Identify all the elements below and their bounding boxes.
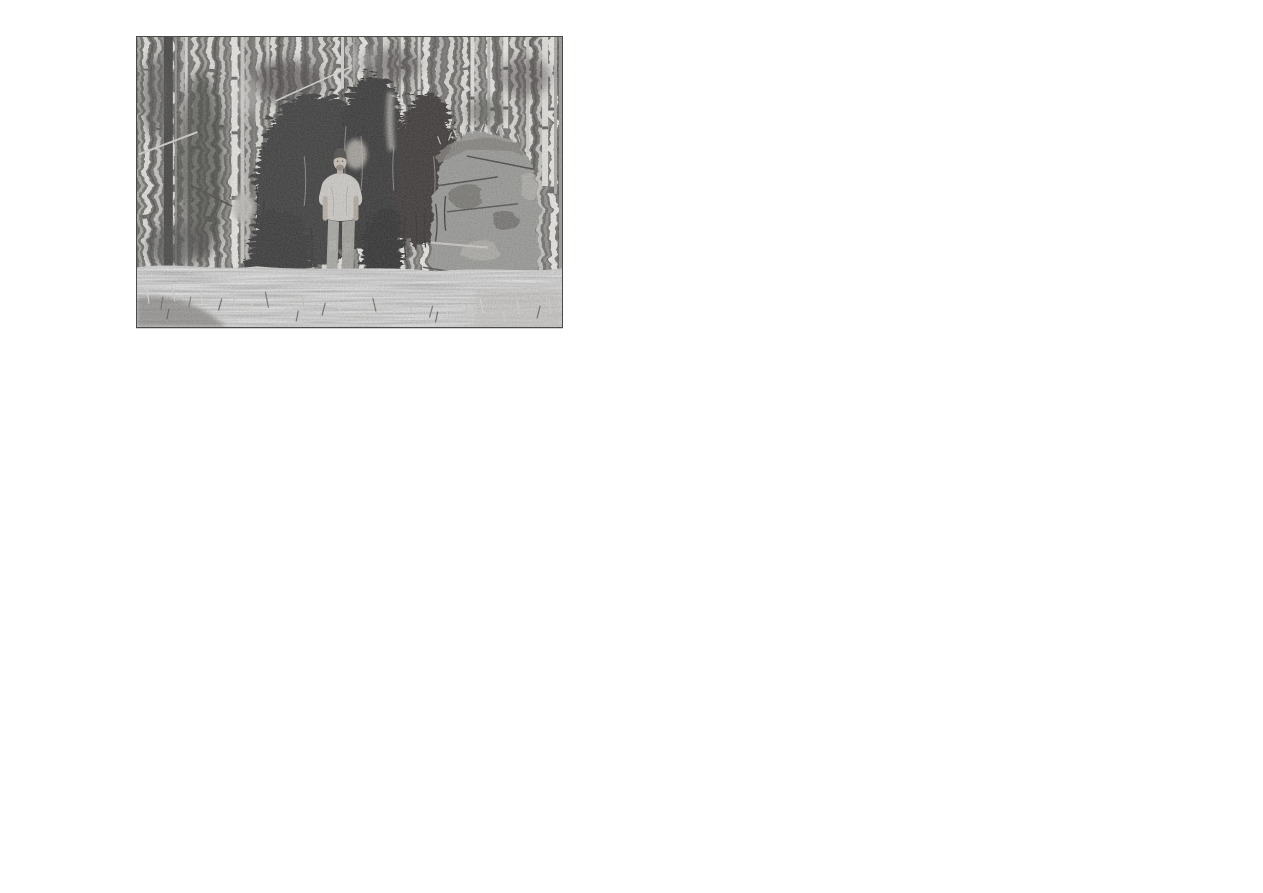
forest-photo-canvas bbox=[137, 37, 562, 327]
photo-grain bbox=[137, 37, 562, 327]
forest-photo: black-and-white halftone photograph bbox=[136, 36, 563, 328]
document-page: black-and-white halftone photograph bbox=[0, 0, 1263, 893]
